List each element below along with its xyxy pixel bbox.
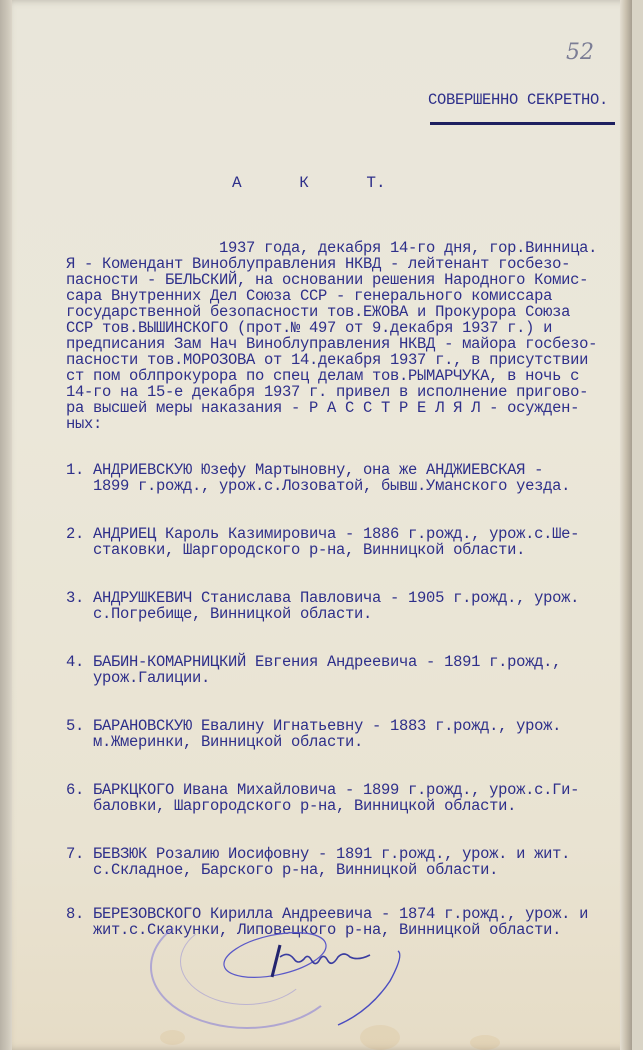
body-line: ст пом облпрокурора по спец делам тов.РЫ… xyxy=(66,368,579,384)
classification-underline xyxy=(430,122,615,125)
list-item-line1: 7. БЕВЗЮК Розалию Иосифовну - 1891 г.рож… xyxy=(66,846,570,862)
list-item-line2: урож.Галиции. xyxy=(66,670,210,686)
body-line: пасности - БЕЛЬСКИЙ, на основании решени… xyxy=(66,272,588,288)
body-line: Я - Комендант Виноблуправления НКВД - ле… xyxy=(66,256,570,272)
list-item-line1: 2. АНДРИЕЦ Кароль Казимировича - 1886 г.… xyxy=(66,526,579,542)
list-item-line1: 8. БЕРЕЗОВСКОГО Кирилла Андреевича - 187… xyxy=(66,906,588,922)
list-item-line1: 4. БАБИН-КОМАРНИЦКИЙ Евгения Андреевича … xyxy=(66,654,561,670)
body-line: пасности тов.МОРОЗОВА от 14.декабря 1937… xyxy=(66,352,588,368)
body-line: 14-го на 15-е декабря 1937 г. привел в и… xyxy=(66,384,588,400)
body-line: ССР тов.ВЫШИНСКОГО (прот.№ 497 от 9.дека… xyxy=(66,320,552,336)
body-line: государственной безопасности тов.ЕЖОВА и… xyxy=(66,304,570,320)
document-title: А К Т. xyxy=(232,175,386,191)
list-item-line1: 5. БАРАНОВСКУЮ Евалину Игнатьевну - 1883… xyxy=(66,718,561,734)
signature-icon xyxy=(220,925,430,1035)
page-right-edge xyxy=(620,0,632,1050)
list-item-line1: 3. АНДРУШКЕВИЧ Станислава Павловича - 19… xyxy=(66,590,579,606)
list-item-line2: м.Жмеринки, Винницкой области. xyxy=(66,734,363,750)
list-item-line2: с.Складное, Барского р-на, Винницкой обл… xyxy=(66,862,498,878)
list-item-line1: 1. АНДРИЕВСКУЮ Юзефу Мартыновну, она же … xyxy=(66,462,543,478)
list-item-line2: с.Погребище, Винницкой области. xyxy=(66,606,372,622)
list-item-line2: 1899 г.рожд., урож.с.Лозоватой, бывш.Ума… xyxy=(66,478,570,494)
list-item-line2: стаковки, Шаргородского р-на, Винницкой … xyxy=(66,542,525,558)
body-line: ра высшей меры наказания - Р А С С Т Р Е… xyxy=(66,400,579,416)
body-line: 1937 года, декабря 14-го дня, гор.Винниц… xyxy=(66,240,597,256)
paper-stain xyxy=(160,1030,185,1045)
body-line: предписания Зам Нач Виноблуправления НКВ… xyxy=(66,336,597,352)
list-item-line1: 6. БАРКЦКОГО Ивана Михайловича - 1899 г.… xyxy=(66,782,579,798)
body-line: сара Внутренних Дел Союза ССР - генераль… xyxy=(66,288,552,304)
classification-heading: СОВЕРШЕННО СЕКРЕТНО. xyxy=(428,92,608,108)
paper-stain xyxy=(470,1035,500,1050)
list-item-line2: баловки, Шаргородского р-на, Винницкой о… xyxy=(66,798,516,814)
page-number: 52 xyxy=(566,40,594,65)
body-line: ных: xyxy=(66,416,102,432)
